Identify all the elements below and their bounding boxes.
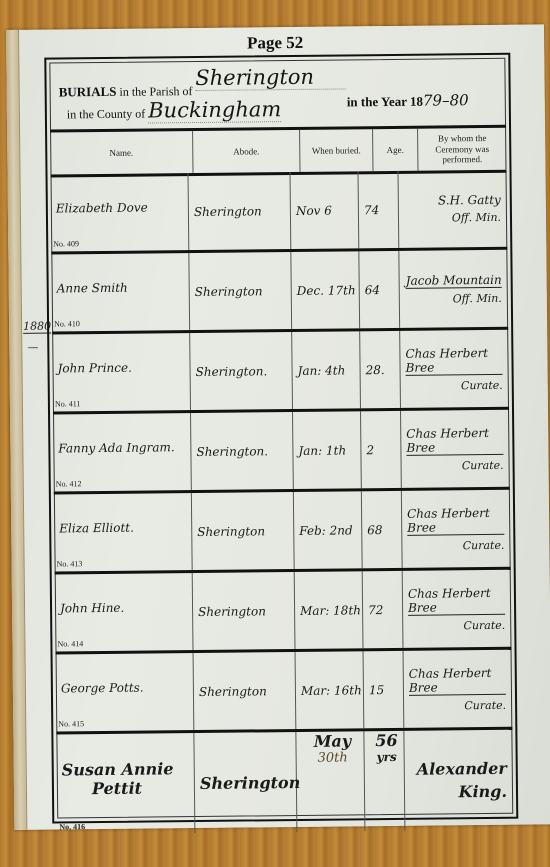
entry-abode: Sherington bbox=[189, 172, 292, 250]
col-age: Age. bbox=[373, 129, 418, 171]
officiant-name: Chas Herbert Bree bbox=[406, 425, 503, 455]
county-label: in the County of bbox=[67, 107, 145, 122]
parish-name: Sherington bbox=[195, 64, 345, 91]
buried-day: 30th bbox=[317, 750, 347, 765]
name-text-line2: Pettit bbox=[92, 779, 142, 799]
name-text: Susan Annie bbox=[62, 759, 174, 779]
entry-abode: Sherington bbox=[194, 652, 297, 730]
burial-entry: John Prince.No. 411 Sherington. Jan: 4th… bbox=[52, 330, 509, 415]
burial-entry: Elizabeth DoveNo. 409 Sherington Nov 6 7… bbox=[51, 170, 508, 255]
officiant-name: Chas Herbert Bree bbox=[405, 345, 502, 375]
entry-age: 15 bbox=[364, 651, 405, 728]
entry-buried: Feb: 2nd bbox=[294, 491, 363, 569]
header-line-2: in the County of Buckingham bbox=[67, 97, 282, 124]
entry-buried: Mar: 16th bbox=[296, 651, 365, 729]
officiant-name: Alexander bbox=[417, 759, 507, 779]
entry-number: No. 415 bbox=[58, 719, 84, 728]
entry-age: 28. bbox=[360, 331, 401, 408]
register-frame: BURIALS in the Parish of Sherington in t… bbox=[44, 53, 518, 824]
burial-entries: Elizabeth DoveNo. 409 Sherington Nov 6 7… bbox=[51, 170, 514, 835]
entry-name: John Hine.No. 414 bbox=[55, 573, 194, 651]
year-label: in the Year bbox=[347, 94, 407, 110]
officiant-name: Chas Herbert Bree bbox=[408, 585, 505, 615]
year-written: 79–80 bbox=[423, 91, 469, 109]
officiant-name: S.H. Gatty bbox=[438, 193, 501, 208]
burial-entry: John Hine.No. 414 Sherington Mar: 18th 7… bbox=[55, 570, 512, 655]
entry-number: No. 414 bbox=[57, 639, 83, 648]
burial-entry: Susan AnniePettitNo. 416 Sherington May3… bbox=[56, 730, 513, 835]
parish-label: in the Parish of bbox=[119, 84, 192, 99]
entry-name: John Prince.No. 411 bbox=[52, 333, 191, 411]
name-text: John Hine. bbox=[60, 600, 124, 615]
entry-officiant: Chas Herbert BreeCurate. bbox=[403, 570, 512, 648]
entry-age: 74 bbox=[358, 171, 399, 248]
name-text: Elizabeth Dove bbox=[56, 200, 148, 215]
entry-buried: Jan: 4th bbox=[292, 331, 361, 409]
entry-officiant: Chas Herbert BreeCurate. bbox=[400, 330, 509, 408]
officiant-role: Curate. bbox=[462, 458, 504, 471]
name-text: Eliza Elliott. bbox=[59, 520, 134, 535]
buried-month: May bbox=[314, 731, 352, 750]
officiant-role: Curate. bbox=[464, 698, 506, 711]
officiant-role: Off. Min. bbox=[453, 291, 502, 305]
entry-number: No. 409 bbox=[53, 239, 79, 248]
entry-officiant: AlexanderKing. bbox=[404, 730, 513, 831]
col-officiant: By whom the Ceremony was performed. bbox=[418, 128, 506, 171]
entry-officiant: Chas Herbert BreeCurate. bbox=[404, 650, 513, 728]
page-title: Page 52 bbox=[6, 30, 544, 56]
name-text: George Potts. bbox=[61, 680, 144, 695]
col-when-buried: When buried. bbox=[300, 129, 373, 172]
entry-name: Eliza Elliott.No. 413 bbox=[54, 493, 193, 571]
name-text: Fanny Ada Ingram. bbox=[58, 440, 174, 455]
officiant-role: Curate. bbox=[461, 378, 503, 391]
entry-abode: Sherington bbox=[194, 732, 297, 833]
entry-age: 64 bbox=[359, 251, 400, 328]
entry-age: 72 bbox=[363, 571, 404, 648]
entry-officiant: Chas Herbert BreeCurate. bbox=[402, 490, 511, 568]
register-page: Page 52 1880 — BURIALS in the Parish of … bbox=[6, 24, 550, 830]
entry-number: No. 416 bbox=[59, 822, 85, 831]
officiant-name: Chas Herbert Bree bbox=[409, 665, 506, 695]
entry-buried: Mar: 18th bbox=[295, 571, 364, 649]
entry-abode: Sherington bbox=[189, 252, 292, 330]
entry-number: No. 410 bbox=[54, 319, 80, 328]
col-name: Name. bbox=[50, 131, 193, 174]
name-text: John Prince. bbox=[57, 360, 131, 375]
officiant-role: King. bbox=[459, 782, 508, 802]
officiant-role: Off. Min. bbox=[452, 211, 501, 225]
entry-buried: May30th bbox=[296, 731, 365, 832]
burial-entry: George Potts.No. 415 Sherington Mar: 16t… bbox=[56, 650, 513, 735]
entry-number: No. 412 bbox=[56, 479, 82, 488]
entry-officiant: Jacob MountainOff. Min. bbox=[399, 250, 508, 328]
entry-officiant: Chas Herbert BreeCurate. bbox=[401, 410, 510, 488]
entry-abode: Sherington. bbox=[190, 332, 293, 410]
entry-buried: Nov 6 bbox=[291, 171, 360, 249]
entry-officiant: S.H. GattyOff. Min. bbox=[398, 170, 507, 248]
entry-age: 56yrs bbox=[364, 731, 405, 831]
officiant-name: Chas Herbert Bree bbox=[407, 505, 504, 535]
burial-entry: Anne SmithNo. 410 Sherington Dec. 17th 6… bbox=[51, 250, 508, 335]
burial-entry: Fanny Ada Ingram.No. 412 Sherington. Jan… bbox=[53, 410, 510, 495]
entry-name: Fanny Ada Ingram.No. 412 bbox=[53, 413, 192, 491]
officiant-role: Curate. bbox=[463, 538, 505, 551]
entry-age: 68 bbox=[362, 491, 403, 568]
entry-number: No. 413 bbox=[57, 559, 83, 568]
officiant-role: Curate. bbox=[463, 618, 505, 631]
entry-name: Susan AnniePettitNo. 416 bbox=[56, 733, 195, 834]
entry-name: George Potts.No. 415 bbox=[56, 653, 195, 731]
burials-label: BURIALS bbox=[59, 84, 117, 100]
officiant-name: Jacob Mountain bbox=[406, 272, 502, 288]
entry-name: Anne SmithNo. 410 bbox=[51, 253, 190, 331]
entry-abode: Sherington bbox=[192, 492, 295, 570]
age-value: 56 bbox=[375, 731, 397, 750]
county-name: Buckingham bbox=[148, 97, 281, 123]
entry-buried: Dec. 17th bbox=[291, 251, 360, 329]
entry-abode: Sherington bbox=[193, 572, 296, 650]
col-abode: Abode. bbox=[193, 130, 300, 173]
entry-buried: Jan: 1th bbox=[293, 411, 362, 489]
name-text: Anne Smith bbox=[57, 280, 128, 295]
entry-name: Elizabeth DoveNo. 409 bbox=[51, 173, 190, 251]
year-printed: 18 bbox=[410, 94, 423, 109]
entry-abode: Sherington. bbox=[191, 412, 294, 490]
header-year: in the Year 1879–80 bbox=[347, 91, 469, 110]
book-binding bbox=[6, 30, 27, 830]
burial-entry: Eliza Elliott.No. 413 Sherington Feb: 2n… bbox=[54, 490, 511, 575]
entry-age: 2 bbox=[361, 411, 402, 488]
age-unit: yrs bbox=[377, 750, 397, 764]
entry-number: No. 411 bbox=[55, 399, 81, 408]
